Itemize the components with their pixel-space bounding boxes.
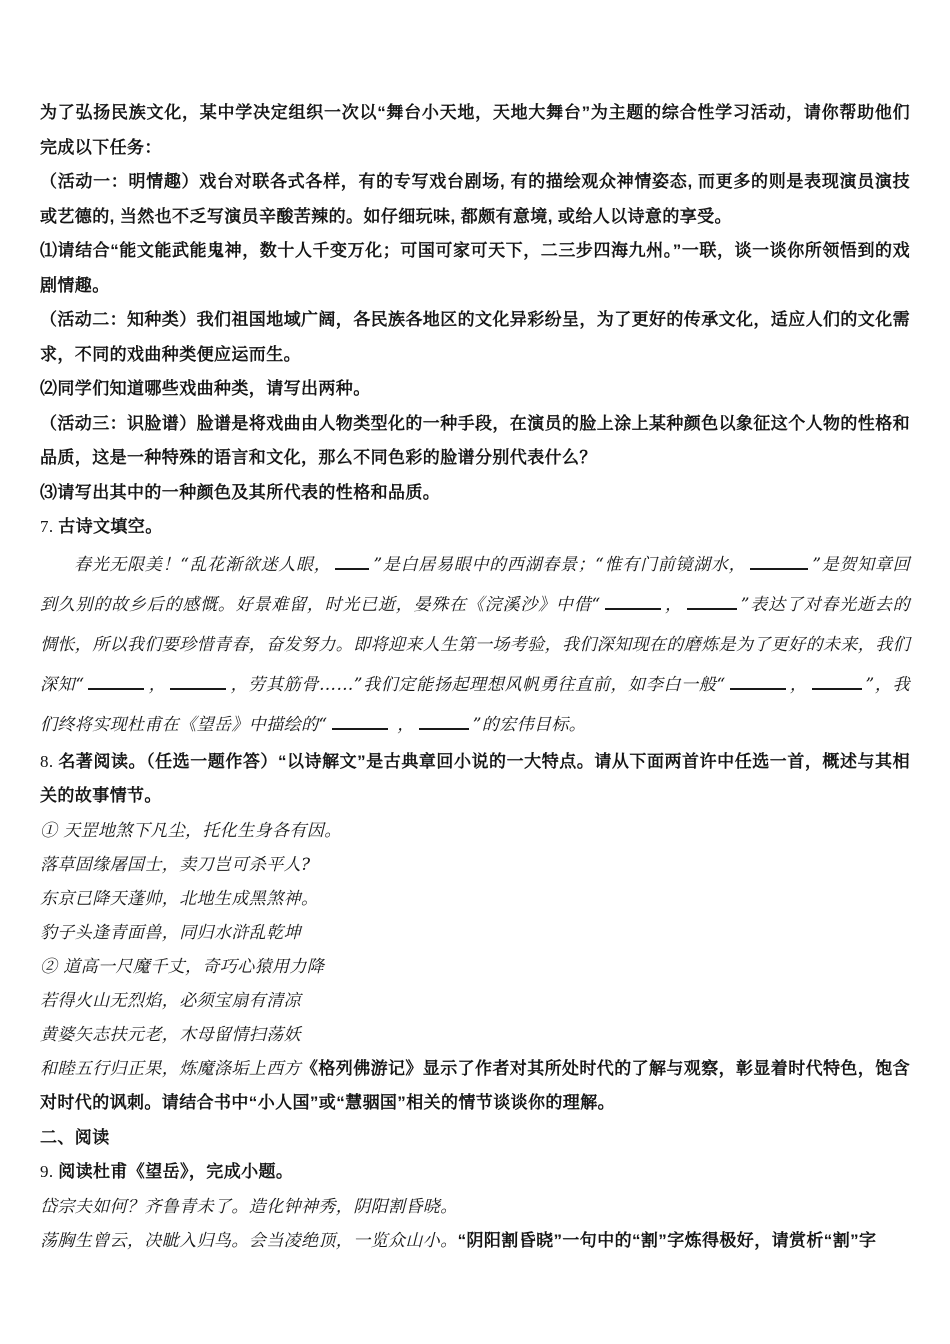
answer-blank bbox=[687, 591, 737, 609]
text-run-kai: 黄婆矢志扶元老，木母留情扫荡妖 bbox=[40, 1025, 301, 1045]
text-run-hei: ⑶请写出其中的一种颜色及其所代表的性格和品质。 bbox=[40, 483, 440, 502]
answer-blank bbox=[750, 551, 808, 569]
question-8-title: 8. 名著阅读。（任选一题作答）“以诗解文”是古典章回小说的一大特点。请从下面两… bbox=[40, 745, 910, 814]
answer-blank bbox=[419, 711, 469, 729]
wangyue-line-2-and-question: 荡胸生曾云，决眦入归鸟。会当凌绝顶，一览众山小。“阴阳割昏晓”一句中的“割”字炼… bbox=[40, 1224, 910, 1259]
text-run-kai: ① 天罡地煞下凡尘，托化生身各有因。 bbox=[40, 821, 342, 841]
text-run-kai: 春光无限美！“乱花渐欲迷人眼， bbox=[74, 555, 331, 575]
text-run-kai: 豹子头逢青面兽，同归水浒乱乾坤 bbox=[40, 923, 301, 943]
answer-blank bbox=[332, 711, 388, 729]
text-run-num: 7. bbox=[40, 517, 58, 536]
text-run-hei: （活动三：识脸谱）脸谱是将戏曲由人物类型化的一种手段，在演员的脸上涂上某种颜色以… bbox=[40, 414, 910, 468]
poem-1-line-2: 落草固缘屠国士，卖刀岂可杀平人? bbox=[40, 848, 910, 882]
poem-2-line-2: 若得火山无烈焰，必须宝扇有清凉 bbox=[40, 984, 910, 1018]
answer-blank bbox=[88, 671, 144, 689]
text-run-kai: ， bbox=[665, 595, 683, 615]
text-run-hei: 名著阅读。（任选一题作答）“以诗解文”是古典章回小说的一大特点。请从下面两首许中… bbox=[40, 752, 910, 806]
text-run-kai: ， bbox=[392, 715, 415, 735]
text-run-kai: 岱宗夫如何？齐鲁青未了。造化钟神秀，阴阳割昏晓。 bbox=[40, 1197, 458, 1217]
text-run-kai: ， bbox=[790, 675, 808, 695]
text-run-kai: 落草固缘屠国士，卖刀岂可杀平人? bbox=[40, 855, 311, 875]
question-1: ⑴请结合“能文能武能鬼神，数十人千变万化；可国可家可天下，二三步四海九州。”一联… bbox=[40, 234, 910, 303]
text-run-kai: ”的宏伟目标。 bbox=[473, 715, 587, 735]
question-7-title: 7. 古诗文填空。 bbox=[40, 510, 910, 545]
text-run-hei: 古诗文填空。 bbox=[58, 517, 162, 536]
answer-blank bbox=[170, 671, 226, 689]
activity-intro: 为了弘扬民族文化，某中学决定组织一次以“舞台小天地，天地大舞台”为主题的综合性学… bbox=[40, 96, 910, 165]
text-run-hei: ⑴请结合“能文能武能鬼神，数十人千变万化；可国可家可天下，二三步四海九州。”一联… bbox=[40, 241, 910, 295]
question-7-fill-in: 春光无限美！“乱花渐欲迷人眼，”是白居易眼中的西湖春景；“惟有门前镜湖水，”是贺… bbox=[40, 545, 910, 745]
poem-1-line-1: ① 天罡地煞下凡尘，托化生身各有因。 bbox=[40, 814, 910, 848]
text-run-kai: ，劳其筋骨……”我们定能扬起理想风帆勇往直前，如李白一般“ bbox=[230, 675, 725, 695]
question-2: ⑵同学们知道哪些戏曲种类，请写出两种。 bbox=[40, 372, 910, 407]
text-run-hei: （活动二：知种类）我们祖国地域广阔，各民族各地区的文化异彩纷呈，为了更好的传承文… bbox=[40, 310, 910, 364]
poem-2-line-4-and-gulliver: 和睦五行归正果，炼魔涤垢上西方《格列佛游记》显示了作者对其所处时代的了解与观察，… bbox=[40, 1052, 910, 1121]
text-run-num: 8. bbox=[40, 752, 58, 771]
text-run-hei: （活动一：明情趣）戏台对联各式各样，有的专写戏台剧场, 有的描绘观众神情姿态, … bbox=[40, 172, 910, 226]
text-run-kai: ”是白居易眼中的西湖春景；“惟有门前镜湖水， bbox=[373, 555, 746, 575]
poem-2-line-3: 黄婆矢志扶元老，木母留情扫荡妖 bbox=[40, 1018, 910, 1052]
activity-1: （活动一：明情趣）戏台对联各式各样，有的专写戏台剧场, 有的描绘观众神情姿态, … bbox=[40, 165, 910, 234]
text-run-kai: ② 道高一尺魔千丈，奇巧心猿用力降 bbox=[40, 957, 324, 977]
text-run-kai: 和睦五行归正果，炼魔涤垢上西方 bbox=[40, 1059, 301, 1079]
poem-1-line-4: 豹子头逢青面兽，同归水浒乱乾坤 bbox=[40, 916, 910, 950]
exam-paper-page[interactable]: 为了弘扬民族文化，某中学决定组织一次以“舞台小天地，天地大舞台”为主题的综合性学… bbox=[0, 0, 950, 1344]
section-2-header: 二、阅读 bbox=[40, 1121, 910, 1156]
answer-blank bbox=[335, 551, 369, 569]
wangyue-line-1: 岱宗夫如何？齐鲁青未了。造化钟神秀，阴阳割昏晓。 bbox=[40, 1190, 910, 1224]
poem-2-line-1: ② 道高一尺魔千丈，奇巧心猿用力降 bbox=[40, 950, 910, 984]
text-run-hei: “阴阳割昏晓”一句中的“割”字炼得极好，请赏析“割”字 bbox=[458, 1231, 877, 1250]
text-run-kai: 东京已降天蓬帅，北地生成黑煞神。 bbox=[40, 889, 318, 909]
question-9-title: 9. 阅读杜甫《望岳》，完成小题。 bbox=[40, 1155, 910, 1190]
document-body: 为了弘扬民族文化，某中学决定组织一次以“舞台小天地，天地大舞台”为主题的综合性学… bbox=[40, 96, 910, 1258]
activity-3: （活动三：识脸谱）脸谱是将戏曲由人物类型化的一种手段，在演员的脸上涂上某种颜色以… bbox=[40, 407, 910, 476]
activity-2: （活动二：知种类）我们祖国地域广阔，各民族各地区的文化异彩纷呈，为了更好的传承文… bbox=[40, 303, 910, 372]
text-run-kai: ， bbox=[148, 675, 166, 695]
answer-blank bbox=[812, 671, 862, 689]
text-run-hei: 为了弘扬民族文化，某中学决定组织一次以“舞台小天地，天地大舞台”为主题的综合性学… bbox=[40, 103, 910, 157]
poem-1-line-3: 东京已降天蓬帅，北地生成黑煞神。 bbox=[40, 882, 910, 916]
answer-blank bbox=[605, 591, 661, 609]
text-run-kai: 荡胸生曾云，决眦入归鸟。会当凌绝顶，一览众山小。 bbox=[40, 1231, 458, 1251]
text-run-hei: 阅读杜甫《望岳》，完成小题。 bbox=[58, 1162, 293, 1181]
question-3: ⑶请写出其中的一种颜色及其所代表的性格和品质。 bbox=[40, 476, 910, 511]
text-run-hei: 二、阅读 bbox=[40, 1128, 110, 1147]
text-run-num: 9. bbox=[40, 1162, 58, 1181]
text-run-kai: 若得火山无烈焰，必须宝扇有清凉 bbox=[40, 991, 301, 1011]
text-run-hei: ⑵同学们知道哪些戏曲种类，请写出两种。 bbox=[40, 379, 371, 398]
answer-blank bbox=[730, 671, 786, 689]
